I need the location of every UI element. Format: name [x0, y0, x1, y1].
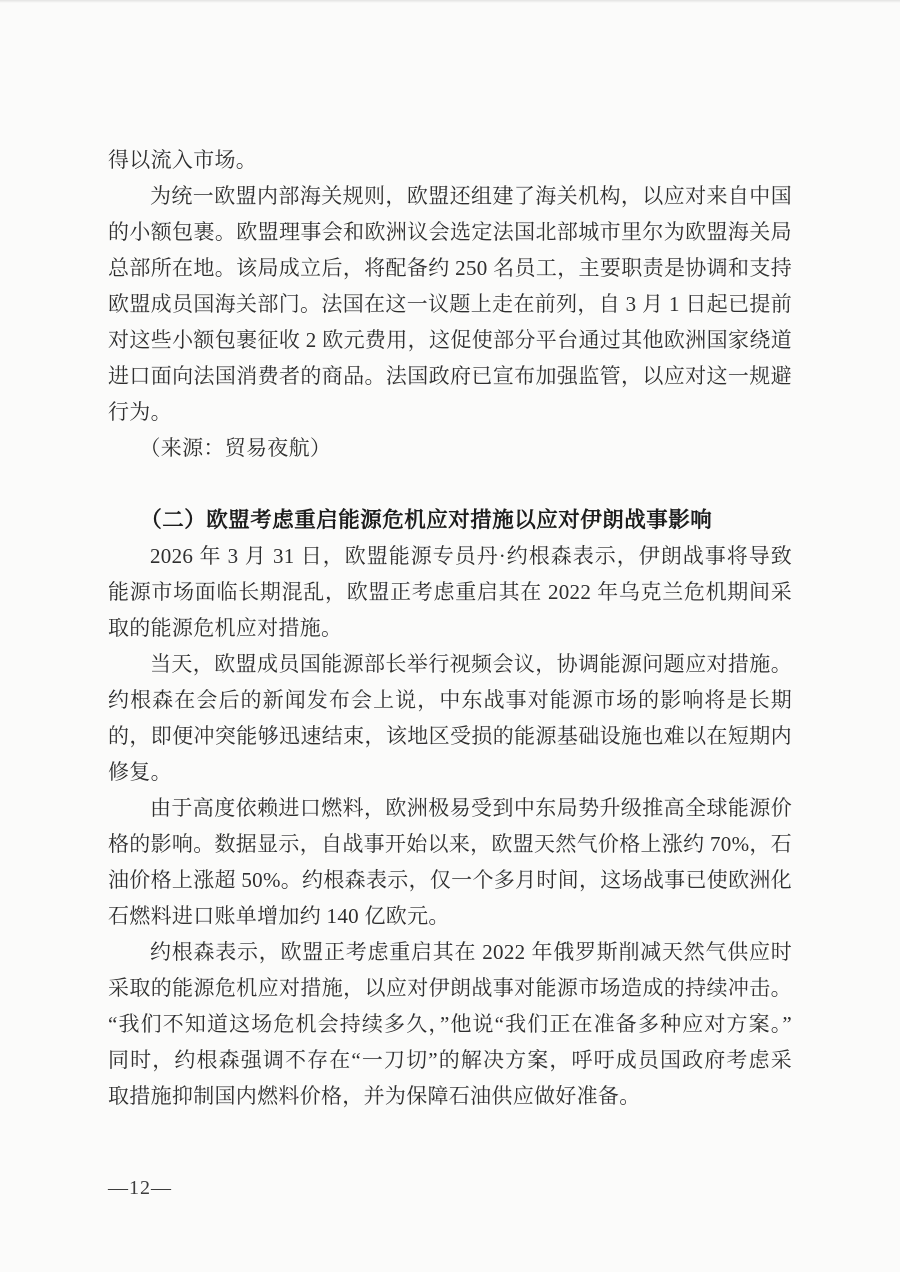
- text-line: 格的影响。数据显示，自战事开始以来，欧盟天然气价格上涨约 70%，石: [108, 826, 792, 862]
- page-content: 得以流入市场。 为统一欧盟内部海关规则，欧盟还组建了海关机构，以应对来自中国 的…: [108, 142, 792, 1114]
- blank-line: [108, 466, 792, 502]
- text-line: “我们不知道这场危机会持续多久，”他说“我们正在准备多种应对方案。”: [108, 1006, 792, 1042]
- text-line: 能源市场面临长期混乱，欧盟正考虑重启其在 2022 年乌克兰危机期间采: [108, 574, 792, 610]
- page-number: —12—: [108, 1173, 172, 1203]
- text-line: 对这些小额包裹征收 2 欧元费用，这促使部分平台通过其他欧洲国家绕道: [108, 322, 792, 358]
- text-line: 石燃料进口账单增加约 140 亿欧元。: [108, 898, 792, 934]
- text-line: 总部所在地。该局成立后，将配备约 250 名员工，主要职责是协调和支持: [108, 250, 792, 286]
- text-line: 约根森表示，欧盟正考虑重启其在 2022 年俄罗斯削减天然气供应时: [108, 934, 792, 970]
- text-line: 由于高度依赖进口燃料，欧洲极易受到中东局势升级推高全球能源价: [108, 790, 792, 826]
- text-line: 2026 年 3 月 31 日，欧盟能源专员丹·约根森表示，伊朗战事将导致: [108, 538, 792, 574]
- text-line: 取措施抑制国内燃料价格，并为保障石油供应做好准备。: [108, 1078, 792, 1114]
- source-line: （来源：贸易夜航）: [108, 430, 792, 466]
- text-line: 为统一欧盟内部海关规则，欧盟还组建了海关机构，以应对来自中国: [108, 178, 792, 214]
- text-line: 同时，约根森强调不存在“一刀切”的解决方案，呼吁成员国政府考虑采: [108, 1042, 792, 1078]
- section-heading: （二）欧盟考虑重启能源危机应对措施以应对伊朗战事影响: [108, 502, 792, 538]
- text-line: 采取的能源危机应对措施，以应对伊朗战事对能源市场造成的持续冲击。: [108, 970, 792, 1006]
- text-line: 进口面向法国消费者的商品。法国政府已宣布加强监管，以应对这一规避: [108, 358, 792, 394]
- text-line: 的，即便冲突能够迅速结束，该地区受损的能源基础设施也难以在短期内: [108, 718, 792, 754]
- text-line: 欧盟成员国海关部门。法国在这一议题上走在前列，自 3 月 1 日起已提前: [108, 286, 792, 322]
- text-line: 行为。: [108, 394, 792, 430]
- text-line: 约根森在会后的新闻发布会上说，中东战事对能源市场的影响将是长期: [108, 682, 792, 718]
- text-line: 当天，欧盟成员国能源部长举行视频会议，协调能源问题应对措施。: [108, 646, 792, 682]
- text-line: 的小额包裹。欧盟理事会和欧洲议会选定法国北部城市里尔为欧盟海关局: [108, 214, 792, 250]
- text-line: 取的能源危机应对措施。: [108, 610, 792, 646]
- document-page: 得以流入市场。 为统一欧盟内部海关规则，欧盟还组建了海关机构，以应对来自中国 的…: [0, 0, 900, 1272]
- text-line: 得以流入市场。: [108, 142, 792, 178]
- text-line: 修复。: [108, 754, 792, 790]
- text-line: 油价格上涨超 50%。约根森表示，仅一个多月时间，这场战事已使欧洲化: [108, 862, 792, 898]
